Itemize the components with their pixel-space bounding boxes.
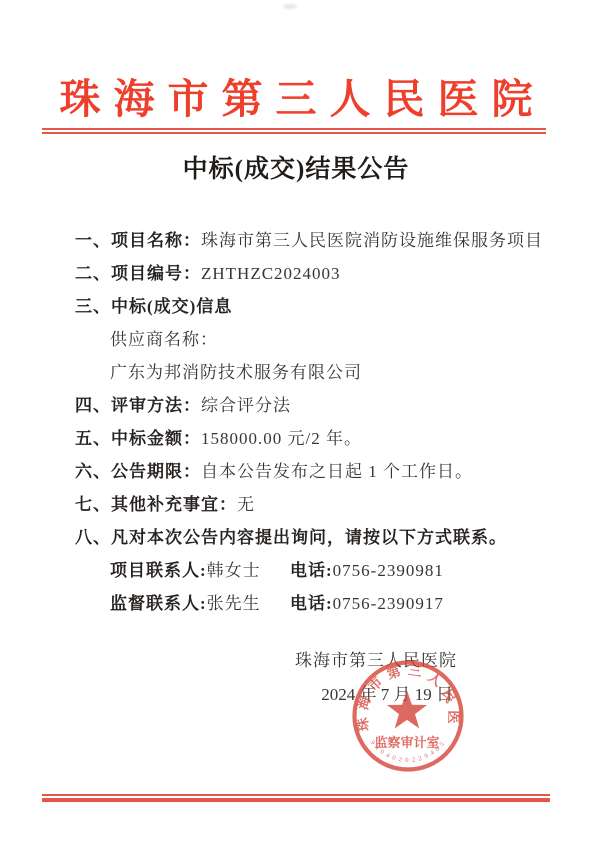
item-label: 三、中标(成交)信息 bbox=[75, 297, 232, 316]
seal-office-text: 监察审计室 bbox=[374, 735, 439, 750]
contact-name: 韩女士 bbox=[207, 561, 261, 580]
phone-number: 0756-2390917 bbox=[333, 594, 444, 613]
list-item-review-method: 四、评审方法：综合评分法 bbox=[75, 389, 555, 422]
item-value: ZHTHZC2024003 bbox=[201, 264, 341, 283]
list-item-inquiry-notice: 八、凡对本次公告内容提出询问，请按以下方式联系。 bbox=[75, 521, 555, 554]
list-item-supplier-label: 供应商名称： bbox=[75, 323, 555, 356]
contact-name: 张先生 bbox=[207, 594, 261, 613]
list-item-award-info: 三、中标(成交)信息 bbox=[75, 290, 555, 323]
list-item-supplier-name: 广东为邦消防技术服务有限公司 bbox=[75, 356, 555, 389]
phone-number: 0756-2390981 bbox=[333, 561, 444, 580]
list-item-project-number: 二、项目编号：ZHTHZC2024003 bbox=[75, 257, 555, 290]
item-value: 综合评分法 bbox=[201, 396, 291, 415]
contact-role: 监督联系人: bbox=[110, 594, 207, 613]
star-icon bbox=[387, 691, 427, 729]
contact-phone-group: 电话:0756-2390917 bbox=[290, 587, 444, 620]
footer-double-rule bbox=[42, 794, 550, 802]
item-label: 四、评审方法： bbox=[75, 396, 201, 415]
letterhead-hospital-name: 珠海市第三人民医院 bbox=[0, 66, 592, 125]
item-label: 七、其他补充事宜： bbox=[75, 495, 237, 514]
contact-row-supervision: 监督联系人:张先生 电话:0756-2390917 bbox=[75, 587, 555, 620]
item-label: 六、公告期限： bbox=[75, 462, 201, 481]
scan-artifact bbox=[283, 4, 297, 9]
document-page: 珠海市第三人民医院 中标(成交)结果公告 一、项目名称：珠海市第三人民医院消防设… bbox=[0, 0, 592, 852]
item-value: 自本公告发布之日起 1 个工作日。 bbox=[201, 462, 473, 481]
contact-role: 项目联系人: bbox=[110, 561, 207, 580]
contact-row-project: 项目联系人:韩女士 电话:0756-2390981 bbox=[75, 554, 555, 587]
phone-label: 电话: bbox=[290, 594, 333, 613]
document-title: 中标(成交)结果公告 bbox=[0, 149, 592, 185]
contact-phone-group: 电话:0756-2390981 bbox=[290, 554, 444, 587]
announcement-body: 一、项目名称：珠海市第三人民医院消防设施维保服务项目 二、项目编号：ZHTHZC… bbox=[75, 224, 555, 620]
item-label: 一、项目名称： bbox=[75, 231, 201, 250]
item-value: 广东为邦消防技术服务有限公司 bbox=[110, 363, 362, 382]
list-item-award-amount: 五、中标金额：158000.00 元/2 年。 bbox=[75, 422, 555, 455]
list-item-other-matters: 七、其他补充事宜：无 bbox=[75, 488, 555, 521]
item-label: 五、中标金额： bbox=[75, 429, 201, 448]
letterhead-double-rule bbox=[42, 128, 546, 134]
phone-label: 电话: bbox=[290, 561, 333, 580]
item-value: 珠海市第三人民医院消防设施维保服务项目 bbox=[201, 231, 543, 250]
item-label: 八、凡对本次公告内容提出询问，请按以下方式联系。 bbox=[75, 528, 507, 547]
official-seal: 珠海市第三人民医院 监察审计室 9404020229485 bbox=[348, 656, 468, 776]
list-item-announcement-period: 六、公告期限：自本公告发布之日起 1 个工作日。 bbox=[75, 455, 555, 488]
item-label: 二、项目编号： bbox=[75, 264, 201, 283]
item-value: 158000.00 元/2 年。 bbox=[201, 429, 362, 448]
item-value: 供应商名称： bbox=[110, 330, 218, 349]
list-item-project-name: 一、项目名称：珠海市第三人民医院消防设施维保服务项目 bbox=[75, 224, 555, 257]
item-value: 无 bbox=[237, 495, 255, 514]
